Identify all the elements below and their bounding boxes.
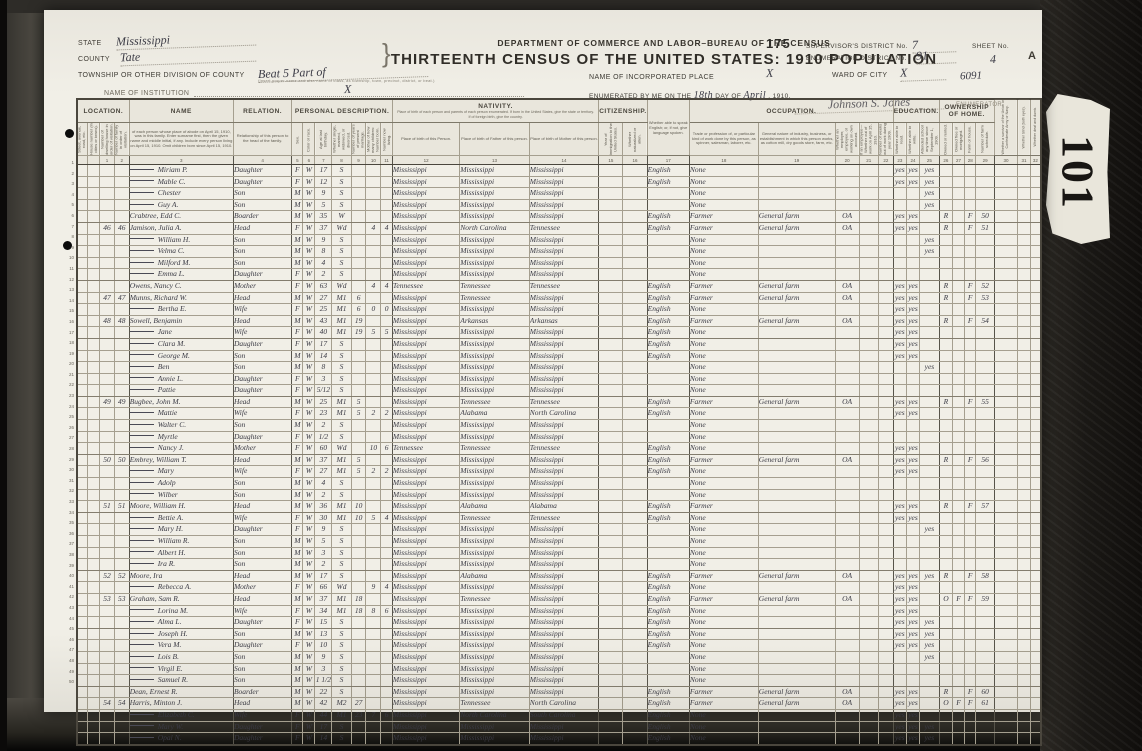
cell-years-married: 5	[351, 408, 366, 420]
cell-able-to-read: yes	[893, 628, 906, 640]
cell-deaf-dumb	[1030, 593, 1041, 605]
cell-years-married	[351, 675, 366, 687]
cell-farm-schedule-number: 57	[976, 501, 994, 513]
cell-name: Chester	[129, 188, 233, 200]
column-number	[88, 156, 100, 165]
cell-children-born	[366, 686, 381, 698]
cell-age: 42	[315, 698, 332, 710]
cell-mother-birthplace: Mississippi	[529, 617, 598, 629]
cell-years-married	[351, 443, 366, 455]
cell-family-number	[114, 211, 129, 223]
cell-family-number	[114, 269, 129, 281]
cell-weeks-out-of-work	[878, 640, 893, 652]
cell-veteran	[994, 327, 1018, 339]
cell-farm-or-house: F	[964, 211, 976, 223]
cell-age: 27	[315, 292, 332, 304]
cell-sex: M	[292, 188, 303, 200]
cell-farm-schedule-number	[976, 408, 994, 420]
cell-age: 17	[315, 338, 332, 350]
cell-father-birthplace: Mississippi	[460, 686, 529, 698]
cell-birthplace: Tennessee	[392, 443, 459, 455]
cell-relation: Son	[233, 234, 291, 246]
cell-years-married	[351, 582, 366, 594]
cell-age: 2	[315, 420, 332, 432]
cell-marital-status: S	[332, 547, 351, 559]
person-row: 5151Moore, William H.HeadMW36M110Mississ…	[77, 501, 1041, 513]
cell-name: Ben	[129, 362, 233, 374]
cell-able-to-read: yes	[893, 211, 906, 223]
cell-attended-school	[920, 280, 940, 292]
cell-immigration-year	[599, 733, 623, 745]
cell-house-number	[88, 315, 100, 327]
cell-industry: General farm	[758, 292, 835, 304]
cell-industry	[758, 362, 835, 374]
cell-employment-account: OA	[835, 280, 859, 292]
cell-farm-schedule-number	[976, 478, 994, 490]
cell-years-married	[351, 338, 366, 350]
cell-deaf-dumb	[1030, 211, 1041, 223]
cell-employment-account: OA	[835, 686, 859, 698]
column-description: Number of weeks out of work during year …	[878, 123, 893, 156]
cell-attended-school	[920, 292, 940, 304]
cell-birthplace: Mississippi	[392, 292, 459, 304]
cell-employment-account	[835, 536, 859, 548]
cell-name: Lois B.	[129, 651, 233, 663]
cell-color: W	[303, 559, 315, 571]
column-number: 24	[906, 156, 919, 165]
cell-owned-free-mortgaged	[953, 709, 965, 721]
cell-farm-schedule-number: 52	[976, 280, 994, 292]
cell-street	[77, 338, 88, 350]
column-description: Place of birth of Father of this person.	[460, 123, 529, 156]
cell-naturalized	[623, 246, 647, 258]
cell-employment-account: OA	[835, 396, 859, 408]
cell-farm-schedule-number	[976, 733, 994, 745]
cell-relation: Son	[233, 547, 291, 559]
cell-children-born	[366, 315, 381, 327]
cell-home-owned-rented	[939, 165, 952, 177]
cell-owned-free-mortgaged	[953, 362, 965, 374]
cell-blind	[1018, 663, 1030, 675]
cell-children-living: 0	[381, 304, 393, 316]
cell-speaks-english	[647, 269, 689, 281]
cell-veteran	[994, 304, 1018, 316]
same-family-dash	[130, 656, 154, 657]
cell-farm-or-house	[964, 721, 976, 733]
cell-immigration-year	[599, 605, 623, 617]
cell-dwelling-number: 50	[100, 454, 115, 466]
cell-birthplace: Tennessee	[392, 280, 459, 292]
cell-children-living	[381, 640, 393, 652]
cell-farm-schedule-number	[976, 651, 994, 663]
cell-dwelling-number: 51	[100, 501, 115, 513]
cell-dwelling-number	[100, 165, 115, 177]
cell-veteran	[994, 709, 1018, 721]
cell-immigration-year	[599, 489, 623, 501]
column-description: Number of years of present marriage.	[351, 123, 366, 156]
cell-dwelling-number	[100, 721, 115, 733]
cell-street	[77, 188, 88, 200]
cell-marital-status: Wd	[332, 222, 351, 234]
cell-age: 4	[315, 478, 332, 490]
cell-father-birthplace: Tennessee	[460, 593, 529, 605]
cell-home-owned-rented	[939, 605, 952, 617]
person-row: WilberSonMW2SMississippiMississippiMissi…	[77, 489, 1041, 501]
person-row: Annie L.DaughterFW3SMississippiMississip…	[77, 373, 1041, 385]
cell-able-to-read: yes	[893, 396, 906, 408]
cell-occupation: Farmer	[689, 211, 758, 223]
cell-birthplace: Mississippi	[392, 234, 459, 246]
cell-children-born: 5	[366, 512, 381, 524]
cell-industry	[758, 675, 835, 687]
cell-naturalized	[623, 188, 647, 200]
cell-sex: M	[292, 362, 303, 374]
cell-out-of-work	[859, 362, 878, 374]
cell-children-born: 10	[366, 443, 381, 455]
cell-farm-or-house: F	[964, 593, 976, 605]
cell-children-born	[366, 547, 381, 559]
cell-out-of-work	[859, 257, 878, 269]
cell-dwelling-number	[100, 651, 115, 663]
cell-able-to-write: yes	[906, 211, 919, 223]
cell-immigration-year	[599, 640, 623, 652]
cell-marital-status: S	[332, 431, 351, 443]
cell-children-born: 4	[366, 222, 381, 234]
cell-veteran	[994, 338, 1018, 350]
cell-birthplace: Mississippi	[392, 536, 459, 548]
cell-blind	[1018, 593, 1030, 605]
cell-house-number	[88, 628, 100, 640]
cell-farm-schedule-number	[976, 176, 994, 188]
cell-years-married	[351, 222, 366, 234]
cell-name: Bettie A.	[129, 512, 233, 524]
state-label: STATE	[78, 40, 102, 47]
cell-able-to-write: yes	[906, 408, 919, 420]
cell-out-of-work	[859, 501, 878, 513]
cell-street	[77, 501, 88, 513]
cell-employment-account	[835, 165, 859, 177]
cell-mother-birthplace: Mississippi	[529, 362, 598, 374]
cell-farm-or-house: F	[964, 396, 976, 408]
cell-mother-birthplace: Mississippi	[529, 165, 598, 177]
cell-father-birthplace: Mississippi	[460, 617, 529, 629]
line-number: 15	[60, 306, 74, 317]
cell-mother-birthplace: Mississippi	[529, 686, 598, 698]
cell-name: Mattie	[129, 408, 233, 420]
person-row: Joseph H.SonMW13SMississippiMississippiM…	[77, 628, 1041, 640]
cell-birthplace: Mississippi	[392, 593, 459, 605]
cell-marital-status: S	[332, 628, 351, 640]
cell-mother-birthplace: Mississippi	[529, 420, 598, 432]
cell-relation: Daughter	[233, 733, 291, 745]
cell-color: W	[303, 420, 315, 432]
frame-number-tag: 101	[1046, 94, 1110, 244]
cell-house-number	[88, 640, 100, 652]
cell-years-married	[351, 234, 366, 246]
cell-out-of-work	[859, 454, 878, 466]
line-number: 38	[60, 550, 74, 561]
cell-children-born	[366, 211, 381, 223]
cell-street	[77, 431, 88, 443]
cell-blind	[1018, 547, 1030, 559]
cell-relation: Mother	[233, 280, 291, 292]
column-description: Sex.	[292, 123, 303, 156]
cell-out-of-work	[859, 570, 878, 582]
cell-occupation: None	[689, 559, 758, 571]
cell-farm-or-house	[964, 420, 976, 432]
cell-name: Nancy J.	[129, 443, 233, 455]
cell-birthplace: Mississippi	[392, 199, 459, 211]
cell-father-birthplace: Tennessee	[460, 512, 529, 524]
cell-able-to-write: yes	[906, 176, 919, 188]
cell-birthplace: Mississippi	[392, 222, 459, 234]
cell-immigration-year	[599, 408, 623, 420]
cell-mother-birthplace: Tennessee	[529, 222, 598, 234]
cell-color: W	[303, 431, 315, 443]
cell-able-to-read	[893, 199, 906, 211]
cell-speaks-english: English	[647, 396, 689, 408]
cell-children-born: 2	[366, 466, 381, 478]
cell-father-birthplace: Mississippi	[460, 489, 529, 501]
cell-veteran	[994, 675, 1018, 687]
cell-immigration-year	[599, 396, 623, 408]
cell-able-to-read: yes	[893, 304, 906, 316]
cell-speaks-english: English	[647, 466, 689, 478]
column-description: Color or race.	[303, 123, 315, 156]
cell-father-birthplace: Mississippi	[460, 466, 529, 478]
cell-name: Ira R.	[129, 559, 233, 571]
cell-weeks-out-of-work	[878, 721, 893, 733]
cell-dwelling-number	[100, 478, 115, 490]
cell-attended-school	[920, 222, 940, 234]
column-group-header: Whether able to speak English; or, if no…	[647, 99, 689, 156]
cell-employment-account	[835, 362, 859, 374]
column-description: Whether naturalized or alien.	[623, 123, 647, 156]
cell-farm-or-house	[964, 478, 976, 490]
cell-color: W	[303, 617, 315, 629]
cell-able-to-write	[906, 536, 919, 548]
cell-relation: Head	[233, 292, 291, 304]
column-number: 4	[233, 156, 291, 165]
same-family-dash	[130, 667, 154, 668]
person-row: 5353Graham, Sam R.HeadMW37M118Mississipp…	[77, 593, 1041, 605]
cell-speaks-english	[647, 524, 689, 536]
cell-farm-schedule-number	[976, 524, 994, 536]
cell-out-of-work	[859, 512, 878, 524]
cell-birthplace: Mississippi	[392, 246, 459, 258]
column-group-header: NATIVITY.Place of birth of each person a…	[392, 99, 598, 123]
cell-dwelling-number	[100, 188, 115, 200]
cell-attended-school	[920, 257, 940, 269]
cell-age: 9	[315, 188, 332, 200]
cell-color: W	[303, 512, 315, 524]
cell-mother-birthplace: Mississippi	[529, 478, 598, 490]
cell-naturalized	[623, 420, 647, 432]
cell-street	[77, 234, 88, 246]
cell-farm-schedule-number	[976, 721, 994, 733]
cell-marital-status: S	[332, 234, 351, 246]
cell-mother-birthplace: Mississippi	[529, 385, 598, 397]
same-family-dash	[130, 447, 154, 448]
cell-birthplace: Mississippi	[392, 501, 459, 513]
cell-industry	[758, 605, 835, 617]
cell-home-owned-rented	[939, 628, 952, 640]
cell-color: W	[303, 675, 315, 687]
cell-industry	[758, 501, 835, 513]
cell-marital-status: M1	[332, 315, 351, 327]
sheet-value: 4	[990, 52, 997, 67]
cell-mother-birthplace: Mississippi	[529, 188, 598, 200]
cell-blind	[1018, 524, 1030, 536]
cell-farm-or-house	[964, 362, 976, 374]
cell-father-birthplace: Alabama	[460, 408, 529, 420]
cell-dwelling-number	[100, 420, 115, 432]
cell-occupation: None	[689, 640, 758, 652]
cell-speaks-english: English	[647, 570, 689, 582]
cell-relation: Daughter	[233, 338, 291, 350]
cell-able-to-read: yes	[893, 350, 906, 362]
cell-relation: Son	[233, 188, 291, 200]
cell-relation: Daughter	[233, 617, 291, 629]
cell-deaf-dumb	[1030, 536, 1041, 548]
cell-veteran	[994, 582, 1018, 594]
cell-children-living	[381, 292, 393, 304]
cell-employment-account: OA	[835, 454, 859, 466]
cell-speaks-english	[647, 362, 689, 374]
cell-sex: M	[292, 420, 303, 432]
cell-naturalized	[623, 570, 647, 582]
cell-veteran	[994, 478, 1018, 490]
cell-farm-or-house	[964, 628, 976, 640]
cell-children-living	[381, 338, 393, 350]
cell-attended-school: yes	[920, 628, 940, 640]
cell-deaf-dumb	[1030, 489, 1041, 501]
cell-able-to-read: yes	[893, 315, 906, 327]
cell-attended-school	[920, 466, 940, 478]
cell-name: Virgil E.	[129, 663, 233, 675]
cell-dwelling-number	[100, 234, 115, 246]
cell-speaks-english: English	[647, 501, 689, 513]
same-family-dash	[130, 308, 154, 309]
cell-occupation: None	[689, 675, 758, 687]
cell-farm-schedule-number	[976, 582, 994, 594]
line-number: 39	[60, 561, 74, 572]
person-row: Lorina M.WifeFW34M11886MississippiMissis…	[77, 605, 1041, 617]
cell-family-number	[114, 709, 129, 721]
cell-deaf-dumb	[1030, 165, 1041, 177]
cell-farm-or-house: F	[964, 698, 976, 710]
cell-veteran	[994, 211, 1018, 223]
person-row: Opal N.DaughterFW14SMississippiMississip…	[77, 733, 1041, 745]
column-number: 5	[292, 156, 303, 165]
cell-veteran	[994, 222, 1018, 234]
cell-age: 66	[315, 582, 332, 594]
cell-deaf-dumb	[1030, 350, 1041, 362]
person-row: 5454Harris, Minton J.HeadMW42M227Mississ…	[77, 698, 1041, 710]
cell-sex: F	[292, 304, 303, 316]
cell-house-number	[88, 536, 100, 548]
cell-name: Milford M.	[129, 257, 233, 269]
cell-birthplace: Mississippi	[392, 686, 459, 698]
cell-industry	[758, 188, 835, 200]
cell-immigration-year	[599, 501, 623, 513]
cell-occupation: Farmer	[689, 280, 758, 292]
cell-sex: F	[292, 165, 303, 177]
cell-able-to-read: yes	[893, 466, 906, 478]
cell-immigration-year	[599, 593, 623, 605]
cell-family-number	[114, 640, 129, 652]
column-group-header: EDUCATION.	[893, 99, 939, 123]
cell-speaks-english	[647, 234, 689, 246]
cell-home-owned-rented	[939, 489, 952, 501]
cell-street	[77, 280, 88, 292]
person-row: BenSonMW8SMississippiMississippiMississi…	[77, 362, 1041, 374]
cell-marital-status: S	[332, 559, 351, 571]
cell-farm-or-house	[964, 408, 976, 420]
cell-years-married	[351, 536, 366, 548]
same-family-dash	[130, 482, 154, 483]
cell-industry: General farm	[758, 280, 835, 292]
column-description: General nature of industry, business, or…	[758, 123, 835, 156]
cell-deaf-dumb	[1030, 188, 1041, 200]
cell-color: W	[303, 524, 315, 536]
cell-relation: Daughter	[233, 385, 291, 397]
person-row: Walter C.SonMW2SMississippiMississippiMi…	[77, 420, 1041, 432]
cell-name: Myrtle	[129, 431, 233, 443]
cell-sex: M	[292, 478, 303, 490]
cell-marital-status: S	[332, 675, 351, 687]
cell-birthplace: Mississippi	[392, 651, 459, 663]
cell-weeks-out-of-work	[878, 536, 893, 548]
cell-street	[77, 396, 88, 408]
cell-occupation: None	[689, 617, 758, 629]
cell-relation: Wife	[233, 709, 291, 721]
cell-naturalized	[623, 675, 647, 687]
cell-employment-account	[835, 385, 859, 397]
column-description: Farm or house.	[964, 123, 976, 156]
cell-mother-birthplace: Mississippi	[529, 628, 598, 640]
cell-mother-birthplace: North Carolina	[529, 408, 598, 420]
cell-mother-birthplace: Mississippi	[529, 211, 598, 223]
cell-name: Embrey, William T.	[129, 454, 233, 466]
cell-children-born	[366, 431, 381, 443]
column-number: 16	[623, 156, 647, 165]
cell-mother-birthplace: Mississippi	[529, 651, 598, 663]
cell-blind	[1018, 431, 1030, 443]
cell-employment-account	[835, 443, 859, 455]
cell-house-number	[88, 269, 100, 281]
cell-name: Dean, Ernest R.	[129, 686, 233, 698]
cell-age: 2	[315, 269, 332, 281]
cell-home-owned-rented	[939, 617, 952, 629]
cell-naturalized	[623, 628, 647, 640]
person-row: Samuel R.SonMW1 1/2SMississippiMississip…	[77, 675, 1041, 687]
cell-attended-school	[920, 559, 940, 571]
cell-veteran	[994, 199, 1018, 211]
cell-able-to-write	[906, 651, 919, 663]
cell-naturalized	[623, 338, 647, 350]
cell-family-number	[114, 338, 129, 350]
cell-years-married: 10	[351, 512, 366, 524]
cell-attended-school	[920, 489, 940, 501]
cell-blind	[1018, 640, 1030, 652]
cell-able-to-read	[893, 489, 906, 501]
cell-farm-schedule-number	[976, 338, 994, 350]
cell-blind	[1018, 269, 1030, 281]
cell-attended-school	[920, 582, 940, 594]
cell-family-number	[114, 605, 129, 617]
cell-dwelling-number	[100, 640, 115, 652]
